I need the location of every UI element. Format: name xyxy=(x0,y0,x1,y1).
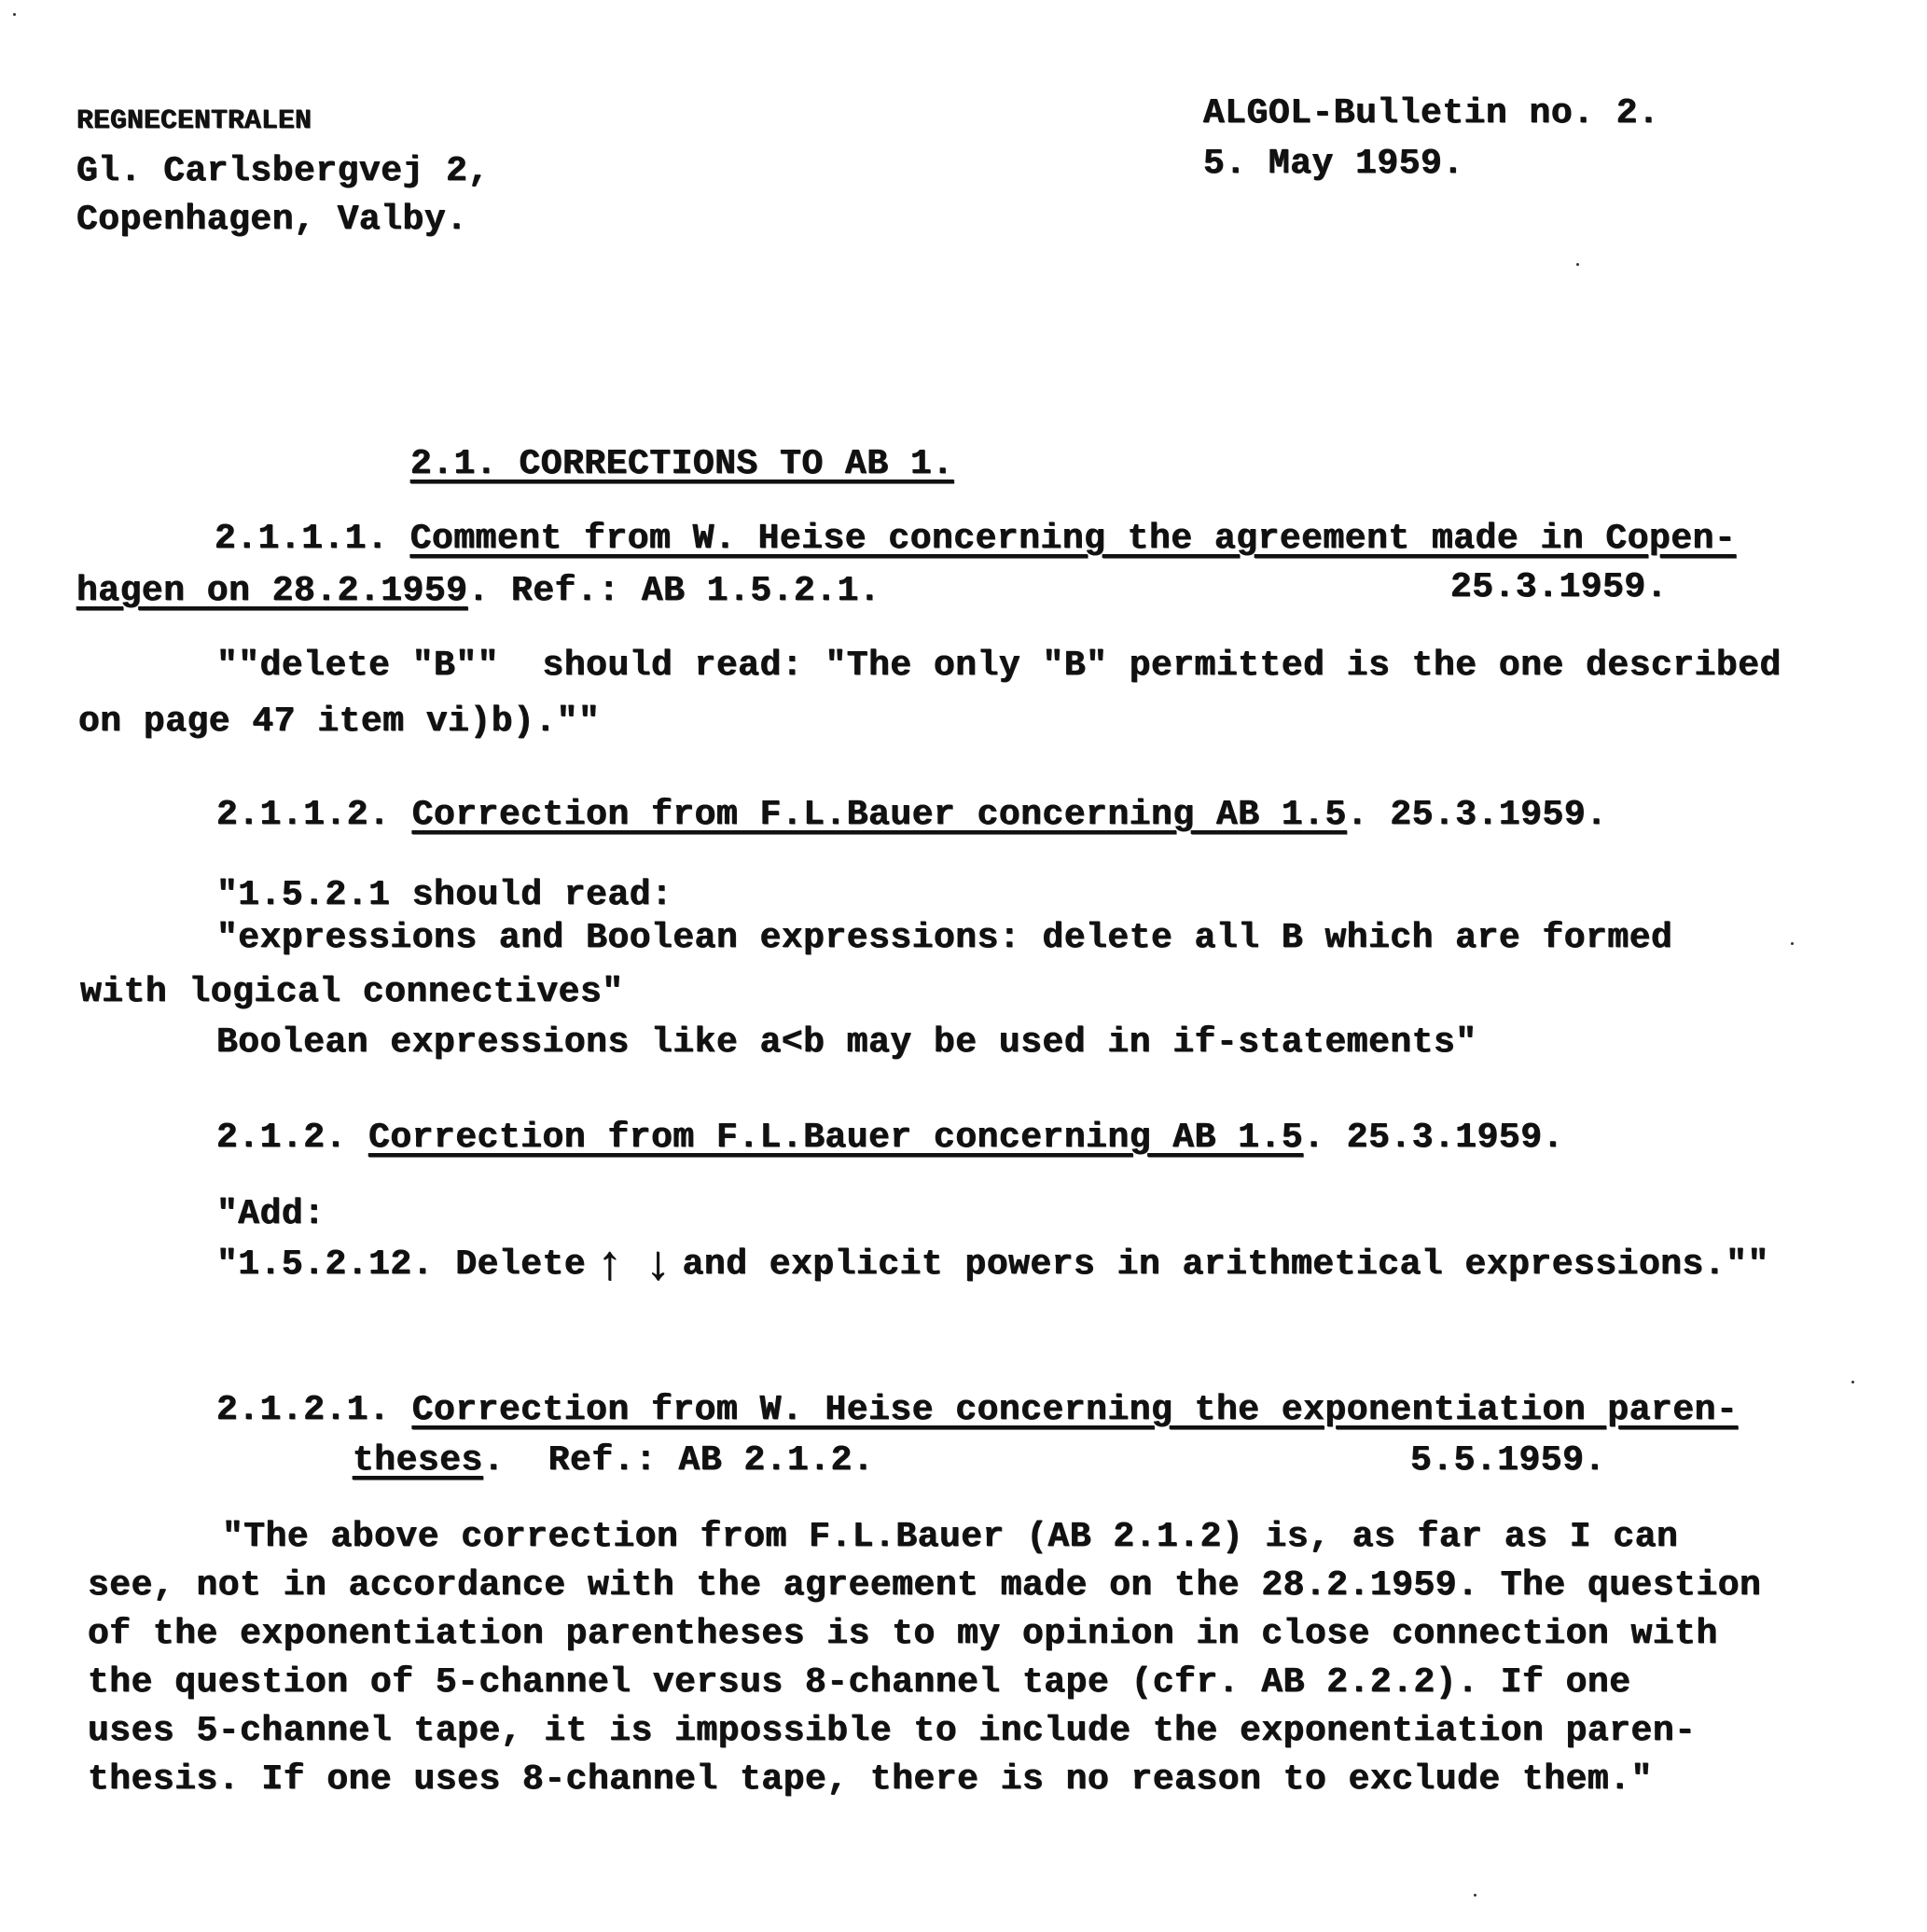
item-2112-body-line: "1.5.2.1 should read: xyxy=(216,875,672,916)
item-2121-body-line: see, not in accordance with the agreemen… xyxy=(88,1565,1761,1606)
item-212-body-prefix: "1.5.2.12. Delete xyxy=(216,1244,586,1285)
scan-speck xyxy=(1576,263,1579,266)
item-2111-title-cont: hagen on 28.2.1959 xyxy=(76,571,467,611)
item-2111-date: 25.3.1959. xyxy=(1450,567,1668,608)
item-212-number: 2.1.2. xyxy=(216,1118,347,1158)
item-212-body-suffix: and explicit powers in arithmetical expr… xyxy=(683,1244,1769,1285)
item-2111-title: Comment from W. Heise concerning the agr… xyxy=(410,519,1737,559)
item-2121-body-line: "The above correction from F.L.Bauer (AB… xyxy=(222,1517,1678,1558)
scan-speck xyxy=(13,13,16,16)
down-arrow-icon: ↓ xyxy=(644,1248,673,1286)
item-2112-date: . 25.3.1959. xyxy=(1347,795,1608,835)
scan-speck xyxy=(1474,1894,1476,1897)
bulletin-date: 5. May 1959. xyxy=(1203,144,1464,185)
item-212-title: Correction from F.L.Bauer concerning AB … xyxy=(368,1118,1303,1158)
item-2121-heading-cont: theses. Ref.: AB 2.1.2. xyxy=(353,1440,874,1481)
item-2121-date: 5.5.1959. xyxy=(1410,1440,1606,1481)
up-arrow-icon: ↑ xyxy=(595,1248,625,1286)
item-2111-body-line: on page 47 item vi)b)."" xyxy=(78,702,600,743)
item-2121-heading: 2.1.2.1. Correction from W. Heise concer… xyxy=(216,1390,1738,1431)
item-2121-body-line: thesis. If one uses 8-channel tape, ther… xyxy=(88,1759,1653,1800)
item-212-body-add: "Add: xyxy=(216,1194,326,1235)
item-2111-number: 2.1.1.1. xyxy=(215,519,388,559)
item-2111-body-line: ""delete "B"" should read: "The only "B"… xyxy=(216,646,1781,687)
item-2121-body-line: uses 5-channel tape, it is impossible to… xyxy=(88,1711,1696,1752)
item-2112-body-line: "expressions and Boolean expressions: de… xyxy=(216,918,1672,959)
item-2111-ref: . Ref.: AB 1.5.2.1. xyxy=(467,571,880,611)
item-2121-ref: . Ref.: AB 2.1.2. xyxy=(483,1440,874,1480)
item-2121-title-cont: theses xyxy=(353,1440,483,1480)
org-name: REGNECENTRALEN xyxy=(76,101,312,142)
item-2121-body-line: of the exponentiation parentheses is to … xyxy=(88,1614,1718,1655)
scan-speck xyxy=(1851,1381,1854,1383)
item-2112-heading: 2.1.1.2. Correction from F.L.Bauer conce… xyxy=(216,795,1607,836)
section-title: 2.1. CORRECTIONS TO AB 1. xyxy=(410,444,954,485)
scan-speck xyxy=(1791,942,1794,945)
item-2112-title: Correction from F.L.Bauer concerning AB … xyxy=(412,795,1347,835)
document-page: REGNECENTRALEN Gl. Carlsbergvej 2, Copen… xyxy=(0,0,1927,1932)
item-2121-body-line: the question of 5-channel versus 8-chann… xyxy=(88,1662,1631,1703)
item-2111-heading: 2.1.1.1. Comment from W. Heise concernin… xyxy=(215,519,1736,560)
item-212-body-line: "1.5.2.12. Delete↑↓and explicit powers i… xyxy=(216,1244,1769,1286)
item-2112-body-line: Boolean expressions like a<b may be used… xyxy=(216,1022,1477,1063)
org-address: Gl. Carlsbergvej 2, xyxy=(76,151,490,192)
item-2121-number: 2.1.2.1. xyxy=(216,1390,390,1430)
org-city: Copenhagen, Valby. xyxy=(76,200,467,241)
item-2111-heading-cont: hagen on 28.2.1959. Ref.: AB 1.5.2.1. xyxy=(76,571,880,612)
section-title-text: 2.1. CORRECTIONS TO AB 1. xyxy=(410,444,954,484)
item-2112-number: 2.1.1.2. xyxy=(216,795,390,835)
item-212-heading: 2.1.2. Correction from F.L.Bauer concern… xyxy=(216,1118,1564,1159)
item-212-date: . 25.3.1959. xyxy=(1303,1118,1564,1158)
bulletin-number: ALGOL-Bulletin no. 2. xyxy=(1203,93,1659,134)
item-2112-body-line: with logical connectives" xyxy=(80,972,624,1013)
item-2121-title: Correction from W. Heise concerning the … xyxy=(412,1390,1739,1430)
